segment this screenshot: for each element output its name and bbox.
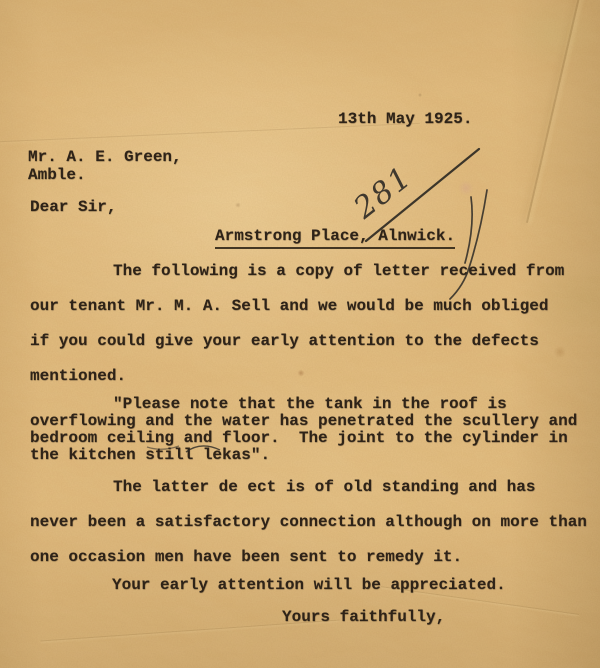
closing-line: Your early attention will be appreciated…	[112, 575, 506, 595]
body-line: never been a satisfactory connection alt…	[30, 512, 587, 532]
handwritten-tick-mark	[465, 197, 472, 263]
fold-crease-top-right	[526, 0, 584, 223]
handwritten-number: 281	[349, 162, 417, 225]
body-line: our tenant Mr. M. A. Sell and we would b…	[30, 296, 548, 316]
salutation: Dear Sir,	[30, 197, 116, 217]
body-line: The latter de ect is of old standing and…	[113, 477, 535, 497]
recipient-name: Mr. A. E. Green,	[28, 147, 182, 167]
letter-document: 13th May 1925. Mr. A. E. Green, Amble. D…	[0, 0, 600, 668]
body-line: if you could give your early attention t…	[30, 331, 539, 351]
body-line: one occasion men have been sent to remed…	[30, 547, 462, 567]
date-line: 13th May 1925.	[338, 109, 472, 129]
handwritten-tick-tail	[450, 190, 487, 299]
signoff-line: Yours faithfully,	[282, 607, 445, 627]
quote-line: the kitchen still lekas".	[30, 445, 270, 465]
body-line: The following is a copy of letter receiv…	[113, 261, 564, 281]
body-line: mentioned.	[30, 366, 126, 386]
recipient-town: Amble.	[28, 165, 86, 185]
subject-heading: Armstrong Place, Alnwick.	[215, 226, 455, 249]
